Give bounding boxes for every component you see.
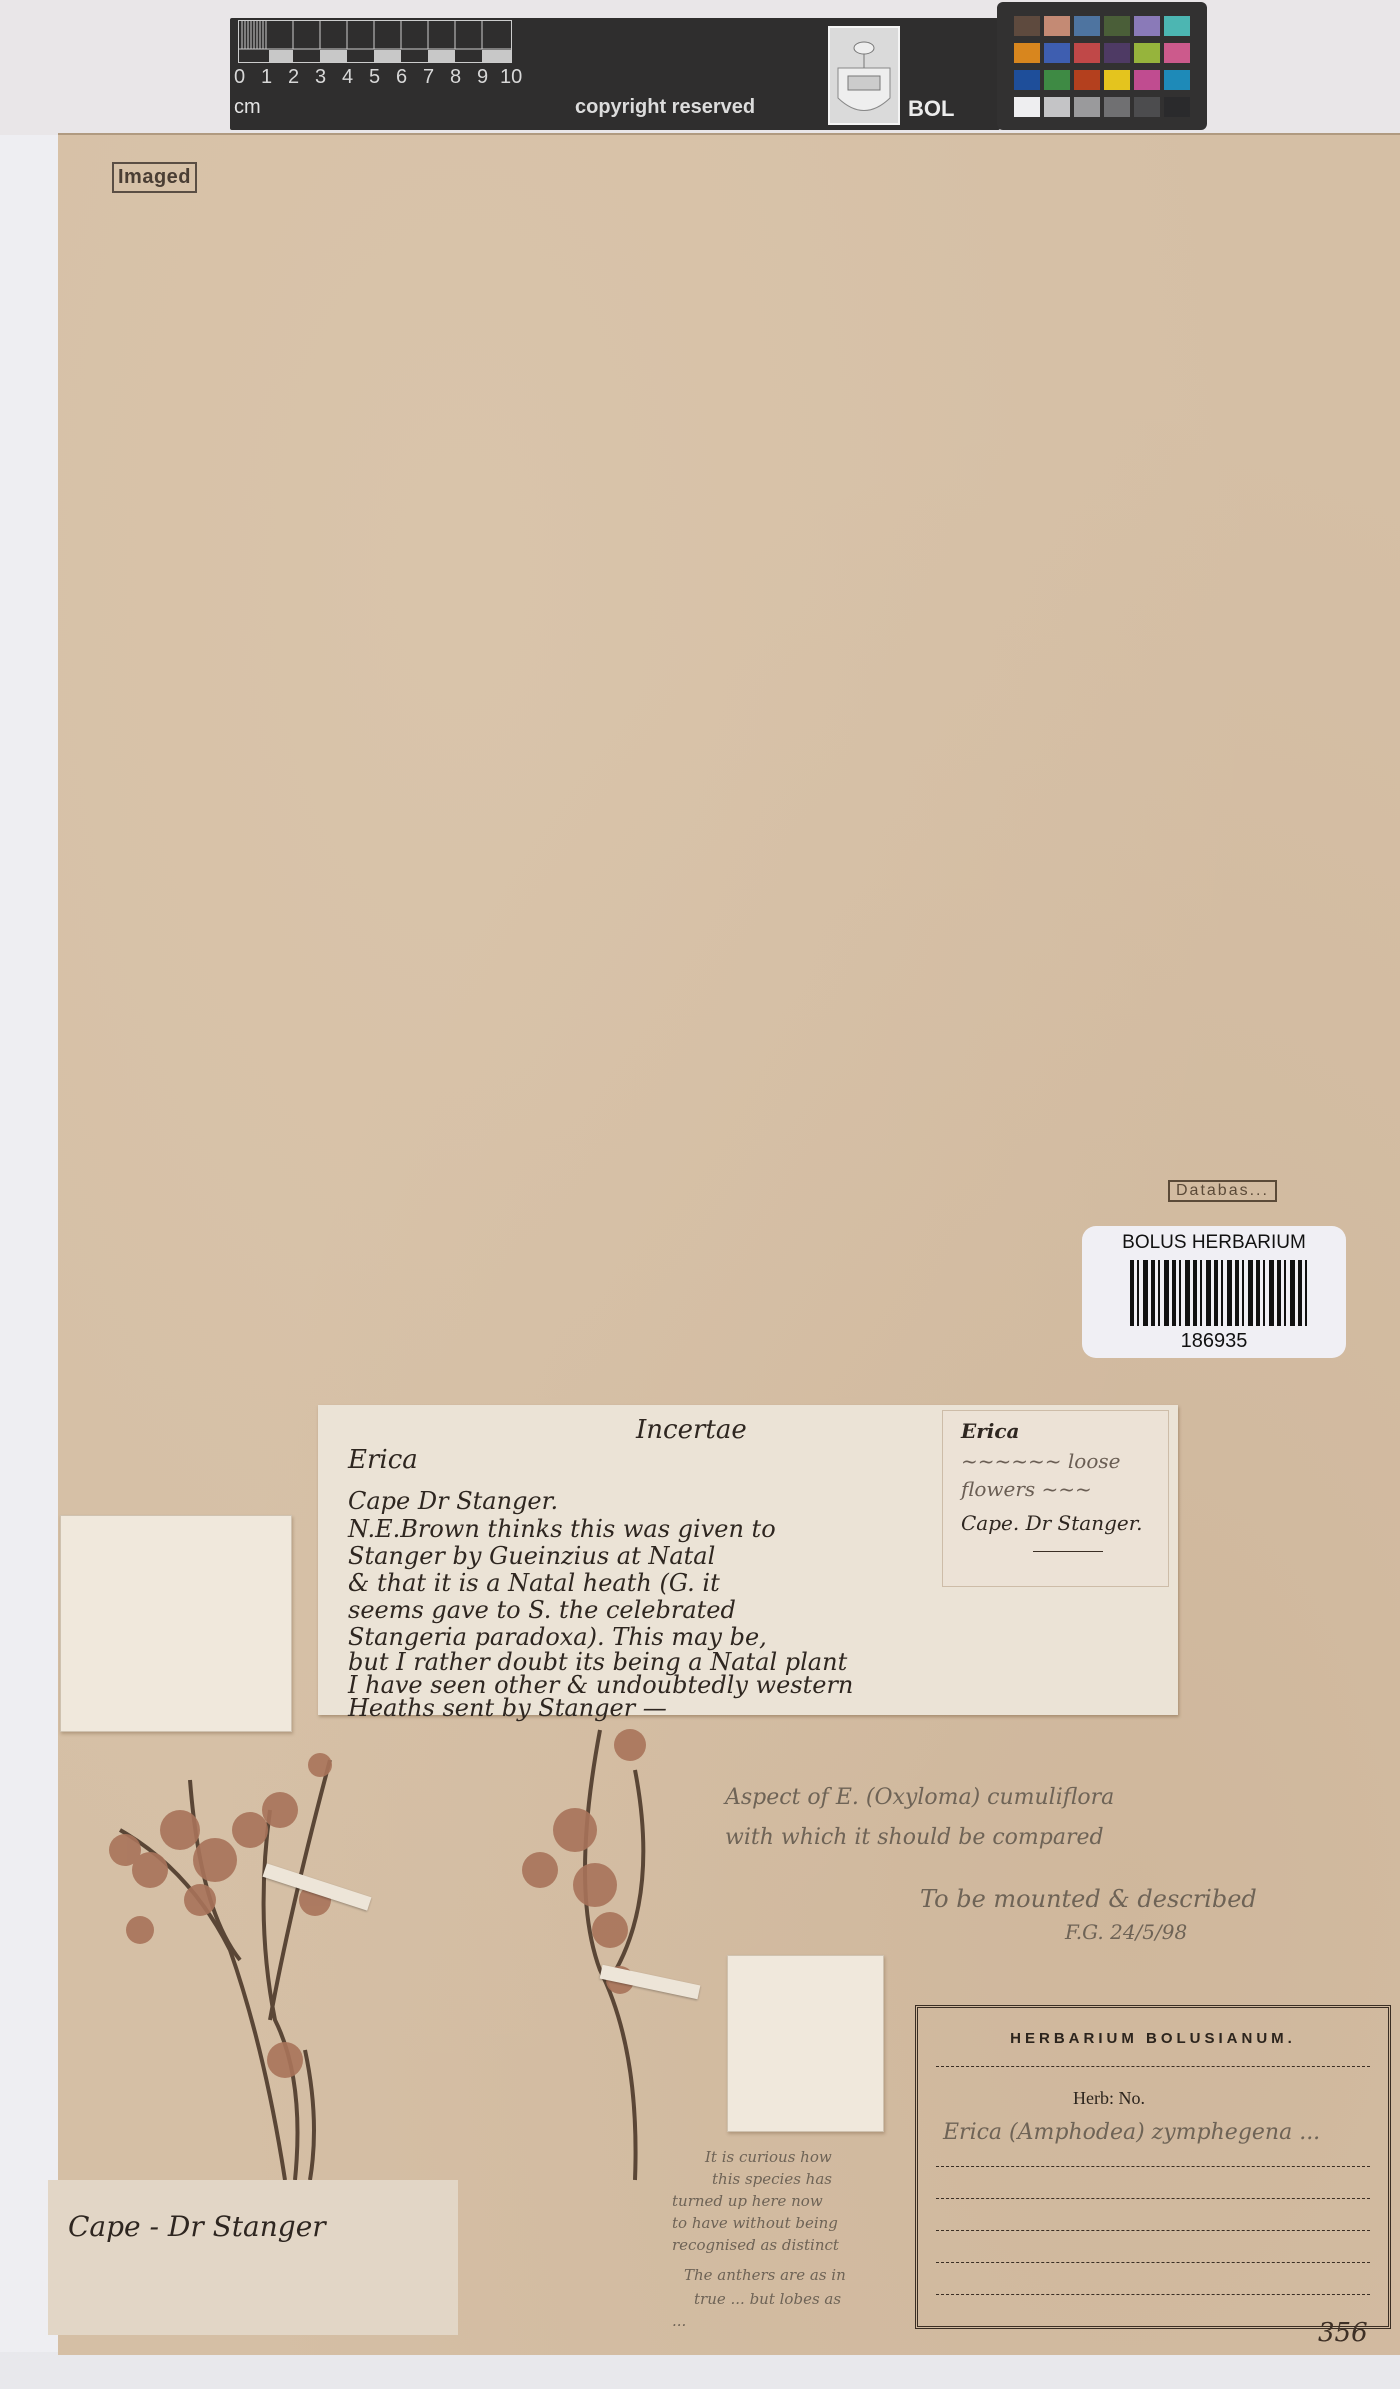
scale-tick: 8	[450, 66, 461, 89]
pencil-note: true ... but lobes as	[694, 2290, 841, 2308]
color-swatch	[1044, 16, 1070, 36]
pencil-note: this species has	[712, 2170, 832, 2188]
taxon-name: Erica (Amphodea) zymphegena ...	[943, 2120, 1320, 2145]
pencil-note: It is curious how	[705, 2148, 832, 2166]
color-swatch	[1164, 16, 1190, 36]
pencil-note: recognised as distinct	[672, 2236, 839, 2254]
label-line: seems gave to S. the celebrated	[348, 1596, 736, 1624]
scale-unit: cm	[234, 96, 261, 119]
label-line: flowers ~~~	[961, 1477, 1092, 1501]
color-swatch	[1014, 97, 1040, 117]
ruled-line	[936, 2262, 1370, 2263]
color-swatch	[1044, 43, 1070, 63]
ruled-line	[936, 2198, 1370, 2199]
color-checker	[997, 2, 1207, 130]
ruler-graphic-icon	[239, 21, 511, 62]
scale-tick: 4	[342, 66, 353, 89]
label-heading: Incertae	[636, 1415, 747, 1445]
scale-tick: 1	[261, 66, 272, 89]
plant-specimen-icon	[80, 1720, 420, 2190]
color-swatch	[1044, 97, 1070, 117]
label-line: Stanger by Gueinzius at Natal	[348, 1542, 715, 1570]
scale-tick: 6	[396, 66, 407, 89]
label-line: N.E.Brown thinks this was given to	[348, 1515, 776, 1543]
scale-tick: 5	[369, 66, 380, 89]
label-line: Erica	[348, 1445, 418, 1475]
scale-bar: 0 1 2 3 4 5 6 7 8 9 10 cm copyright rese…	[230, 18, 1000, 130]
color-swatch	[1164, 43, 1190, 63]
pencil-note: F.G. 24/5/98	[1065, 1920, 1187, 1944]
ruled-line	[936, 2066, 1370, 2067]
color-swatch	[1104, 97, 1130, 117]
pencil-note: turned up here now	[672, 2192, 823, 2210]
herbarium-bolusianum-label: HERBARIUM BOLUSIANUM. Herb: No. Erica (A…	[915, 2005, 1391, 2329]
color-swatch	[1164, 97, 1190, 117]
color-swatch	[1014, 70, 1040, 90]
color-swatch	[1134, 16, 1160, 36]
scale-ruler	[238, 20, 512, 63]
database-stamp: Databas...	[1168, 1180, 1277, 1202]
scale-tick: 10	[500, 66, 522, 89]
label-line: Cape Dr Stanger.	[348, 1487, 558, 1515]
crest-icon	[828, 26, 900, 125]
pencil-note: to have without being	[672, 2214, 838, 2232]
imaged-stamp: Imaged	[112, 162, 197, 193]
plant-specimen-icon	[490, 1720, 710, 2190]
color-swatch	[1044, 70, 1070, 90]
barcode-icon	[1130, 1260, 1310, 1326]
label-line: Cape. Dr Stanger.	[961, 1511, 1142, 1535]
copyright-text: copyright reserved	[575, 96, 755, 119]
color-swatch	[1074, 43, 1100, 63]
herb-number-field: Herb: No.	[1073, 2088, 1145, 2109]
collector-label: Cape - Dr Stanger	[48, 2180, 458, 2335]
label-line: Heaths sent by Stanger —	[348, 1694, 667, 1722]
color-swatch	[1014, 43, 1040, 63]
scale-tick: 3	[315, 66, 326, 89]
pencil-note: To be mounted & described	[920, 1885, 1257, 1913]
color-swatch	[1134, 43, 1160, 63]
color-swatch	[1104, 70, 1130, 90]
underline	[1033, 1551, 1103, 1552]
scale-tick: 7	[423, 66, 434, 89]
collector-text: Cape - Dr Stanger	[68, 2210, 326, 2243]
ruled-line	[936, 2294, 1370, 2295]
scale-tick: 9	[477, 66, 488, 89]
color-swatch	[1104, 16, 1130, 36]
scan-background-left	[0, 135, 58, 2389]
scale-tick: 2	[288, 66, 299, 89]
scale-tick: 0	[234, 66, 245, 89]
pencil-note: with which it should be compared	[725, 1825, 1104, 1850]
ruled-line	[936, 2230, 1370, 2231]
pencil-note: ...	[672, 2312, 686, 2330]
barcode-number: 186935	[1082, 1330, 1346, 1353]
color-swatch	[1074, 70, 1100, 90]
pencil-note: The anthers are as in	[684, 2266, 846, 2284]
barcode-title: BOLUS HERBARIUM	[1082, 1232, 1346, 1254]
color-swatch	[1074, 16, 1100, 36]
color-swatch	[1134, 70, 1160, 90]
label-line: Stangeria paradoxa). This may be,	[348, 1623, 767, 1651]
fragment-packet	[60, 1515, 292, 1732]
pencil-note: Aspect of E. (Oxyloma) cumuliflora	[725, 1785, 1114, 1810]
bolusianum-heading: HERBARIUM BOLUSIANUM.	[918, 2030, 1388, 2047]
scan-background-bottom	[0, 2352, 1400, 2389]
fragment-packet	[727, 1955, 884, 2132]
color-swatch	[1074, 97, 1100, 117]
color-swatch	[1014, 16, 1040, 36]
color-swatch	[1134, 97, 1160, 117]
label-line: & that it is a Natal heath (G. it	[348, 1569, 720, 1597]
label-line: ~~~~~~ loose	[961, 1449, 1120, 1473]
color-swatch	[1164, 70, 1190, 90]
sheet-number: 356	[1318, 2318, 1368, 2348]
color-swatch	[1104, 43, 1130, 63]
original-label: Erica ~~~~~~ loose flowers ~~~ Cape. Dr …	[942, 1410, 1169, 1587]
barcode-label: BOLUS HERBARIUM 186935	[1082, 1226, 1346, 1358]
ruled-line	[936, 2166, 1370, 2167]
institution-code: BOL	[908, 96, 954, 122]
label-line: Erica	[961, 1419, 1020, 1443]
